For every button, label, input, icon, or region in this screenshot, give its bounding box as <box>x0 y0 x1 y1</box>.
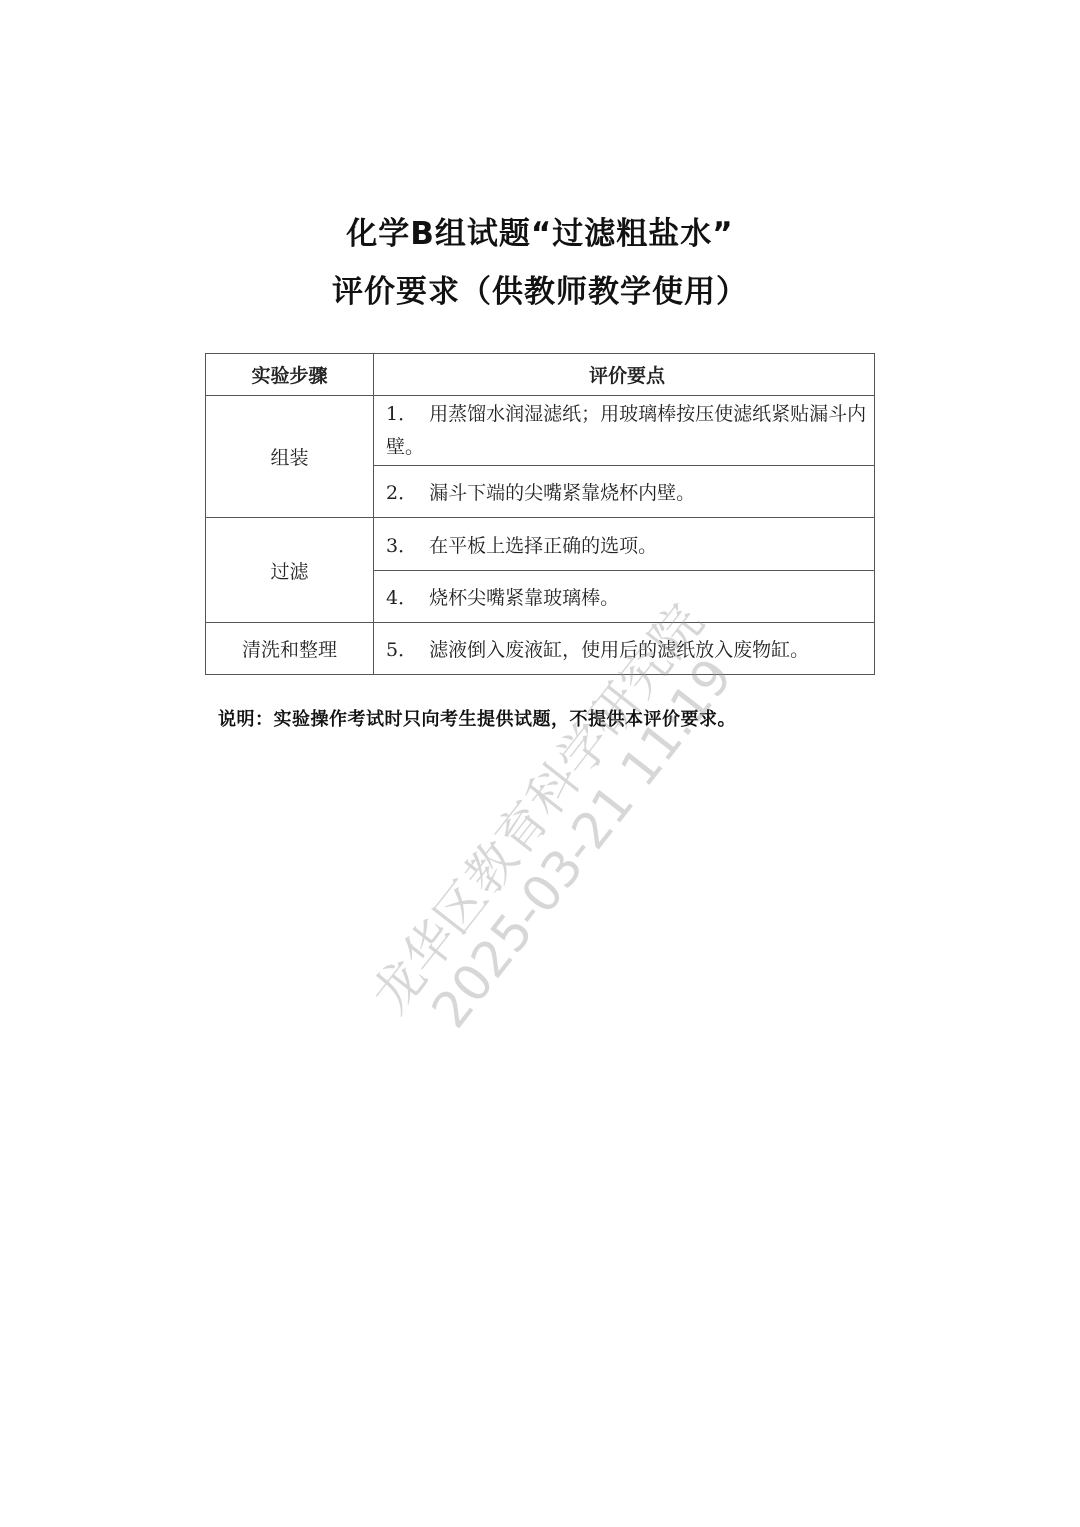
point-text: 在平板上选择正确的选项。 <box>429 535 657 557</box>
step-cell: 清洗和整理 <box>206 623 374 675</box>
point-text: 漏斗下端的尖嘴紧靠烧杯内壁。 <box>429 482 695 504</box>
table-row: 清洗和整理 5．滤液倒入废液缸，使用后的滤纸放入废物缸。 <box>206 623 875 675</box>
watermark-line-2: 2025-03-21 11:19 <box>388 605 777 1081</box>
step-cell: 过滤 <box>206 518 374 623</box>
point-cell: 5．滤液倒入废液缸，使用后的滤纸放入废物缸。 <box>374 623 875 675</box>
table-row: 过滤 3．在平板上选择正确的选项。 <box>206 518 875 571</box>
point-number: 4． <box>386 587 417 609</box>
point-cell: 2．漏斗下端的尖嘴紧靠烧杯内壁。 <box>374 466 875 518</box>
header-points: 评价要点 <box>374 354 875 396</box>
step-cell: 组装 <box>206 396 374 518</box>
point-text: 烧杯尖嘴紧靠玻璃棒。 <box>429 587 619 609</box>
point-number: 3． <box>386 535 417 557</box>
note-text: 说明：实验操作考试时只向考生提供试题，不提供本评价要求。 <box>218 705 736 731</box>
point-cell: 4．烧杯尖嘴紧靠玻璃棒。 <box>374 571 875 623</box>
point-number: 5． <box>386 639 417 661</box>
point-cell: 1．用蒸馏水润湿滤纸；用玻璃棒按压使滤纸紧贴漏斗内壁。 <box>374 396 875 466</box>
point-text: 滤液倒入废液缸，使用后的滤纸放入废物缸。 <box>429 639 809 661</box>
point-number: 1． <box>386 403 417 425</box>
title-line-1: 化学B组试题“过滤粗盐水” <box>0 205 1080 263</box>
header-step: 实验步骤 <box>206 354 374 396</box>
point-cell: 3．在平板上选择正确的选项。 <box>374 518 875 571</box>
evaluation-table: 实验步骤 评价要点 组装 1．用蒸馏水润湿滤纸；用玻璃棒按压使滤纸紧贴漏斗内壁。… <box>205 353 875 675</box>
point-number: 2． <box>386 482 417 504</box>
table-header-row: 实验步骤 评价要点 <box>206 354 875 396</box>
title-line-2: 评价要求（供教师教学使用） <box>0 263 1080 321</box>
document-title: 化学B组试题“过滤粗盐水” 评价要求（供教师教学使用） <box>0 205 1080 321</box>
point-text: 用蒸馏水润湿滤纸；用玻璃棒按压使滤纸紧贴漏斗内壁。 <box>386 403 866 458</box>
table-row: 组装 1．用蒸馏水润湿滤纸；用玻璃棒按压使滤纸紧贴漏斗内壁。 <box>206 396 875 466</box>
